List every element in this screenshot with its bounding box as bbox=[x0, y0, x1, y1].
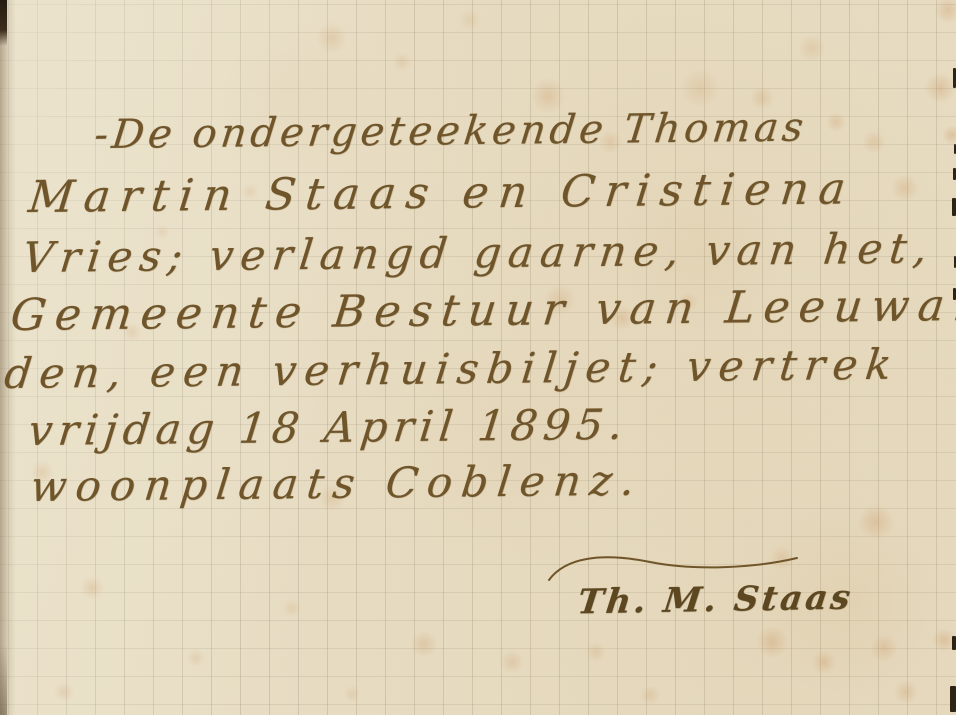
top-left-corner-notch bbox=[0, 0, 7, 46]
handwritten-line-6: vrijdag 18 April 1895. bbox=[26, 400, 631, 455]
handwritten-line-1: -De ondergeteekende Thomas bbox=[92, 105, 809, 158]
handwritten-line-3: Vries; verlangd gaarne, van het, bbox=[20, 223, 937, 282]
letter-page: -De ondergeteekende Thomas Martin Staas … bbox=[0, 0, 956, 715]
handwritten-line-2: Martin Staas en Cristiena bbox=[26, 163, 858, 223]
bottom-left-corner-shade bbox=[0, 645, 7, 715]
right-edge-mark bbox=[952, 636, 956, 650]
handwritten-line-4: Gemeente Bestuur van Leeuwar- bbox=[8, 280, 956, 341]
right-edge-mark bbox=[950, 686, 956, 712]
handwritten-line-5: den, een verhuisbiljet; vertrek bbox=[2, 340, 902, 398]
handwritten-line-7: woonplaats Coblenz. bbox=[28, 456, 646, 511]
right-edge-mark bbox=[952, 198, 956, 216]
signature: Th. M. Staas bbox=[575, 578, 855, 623]
